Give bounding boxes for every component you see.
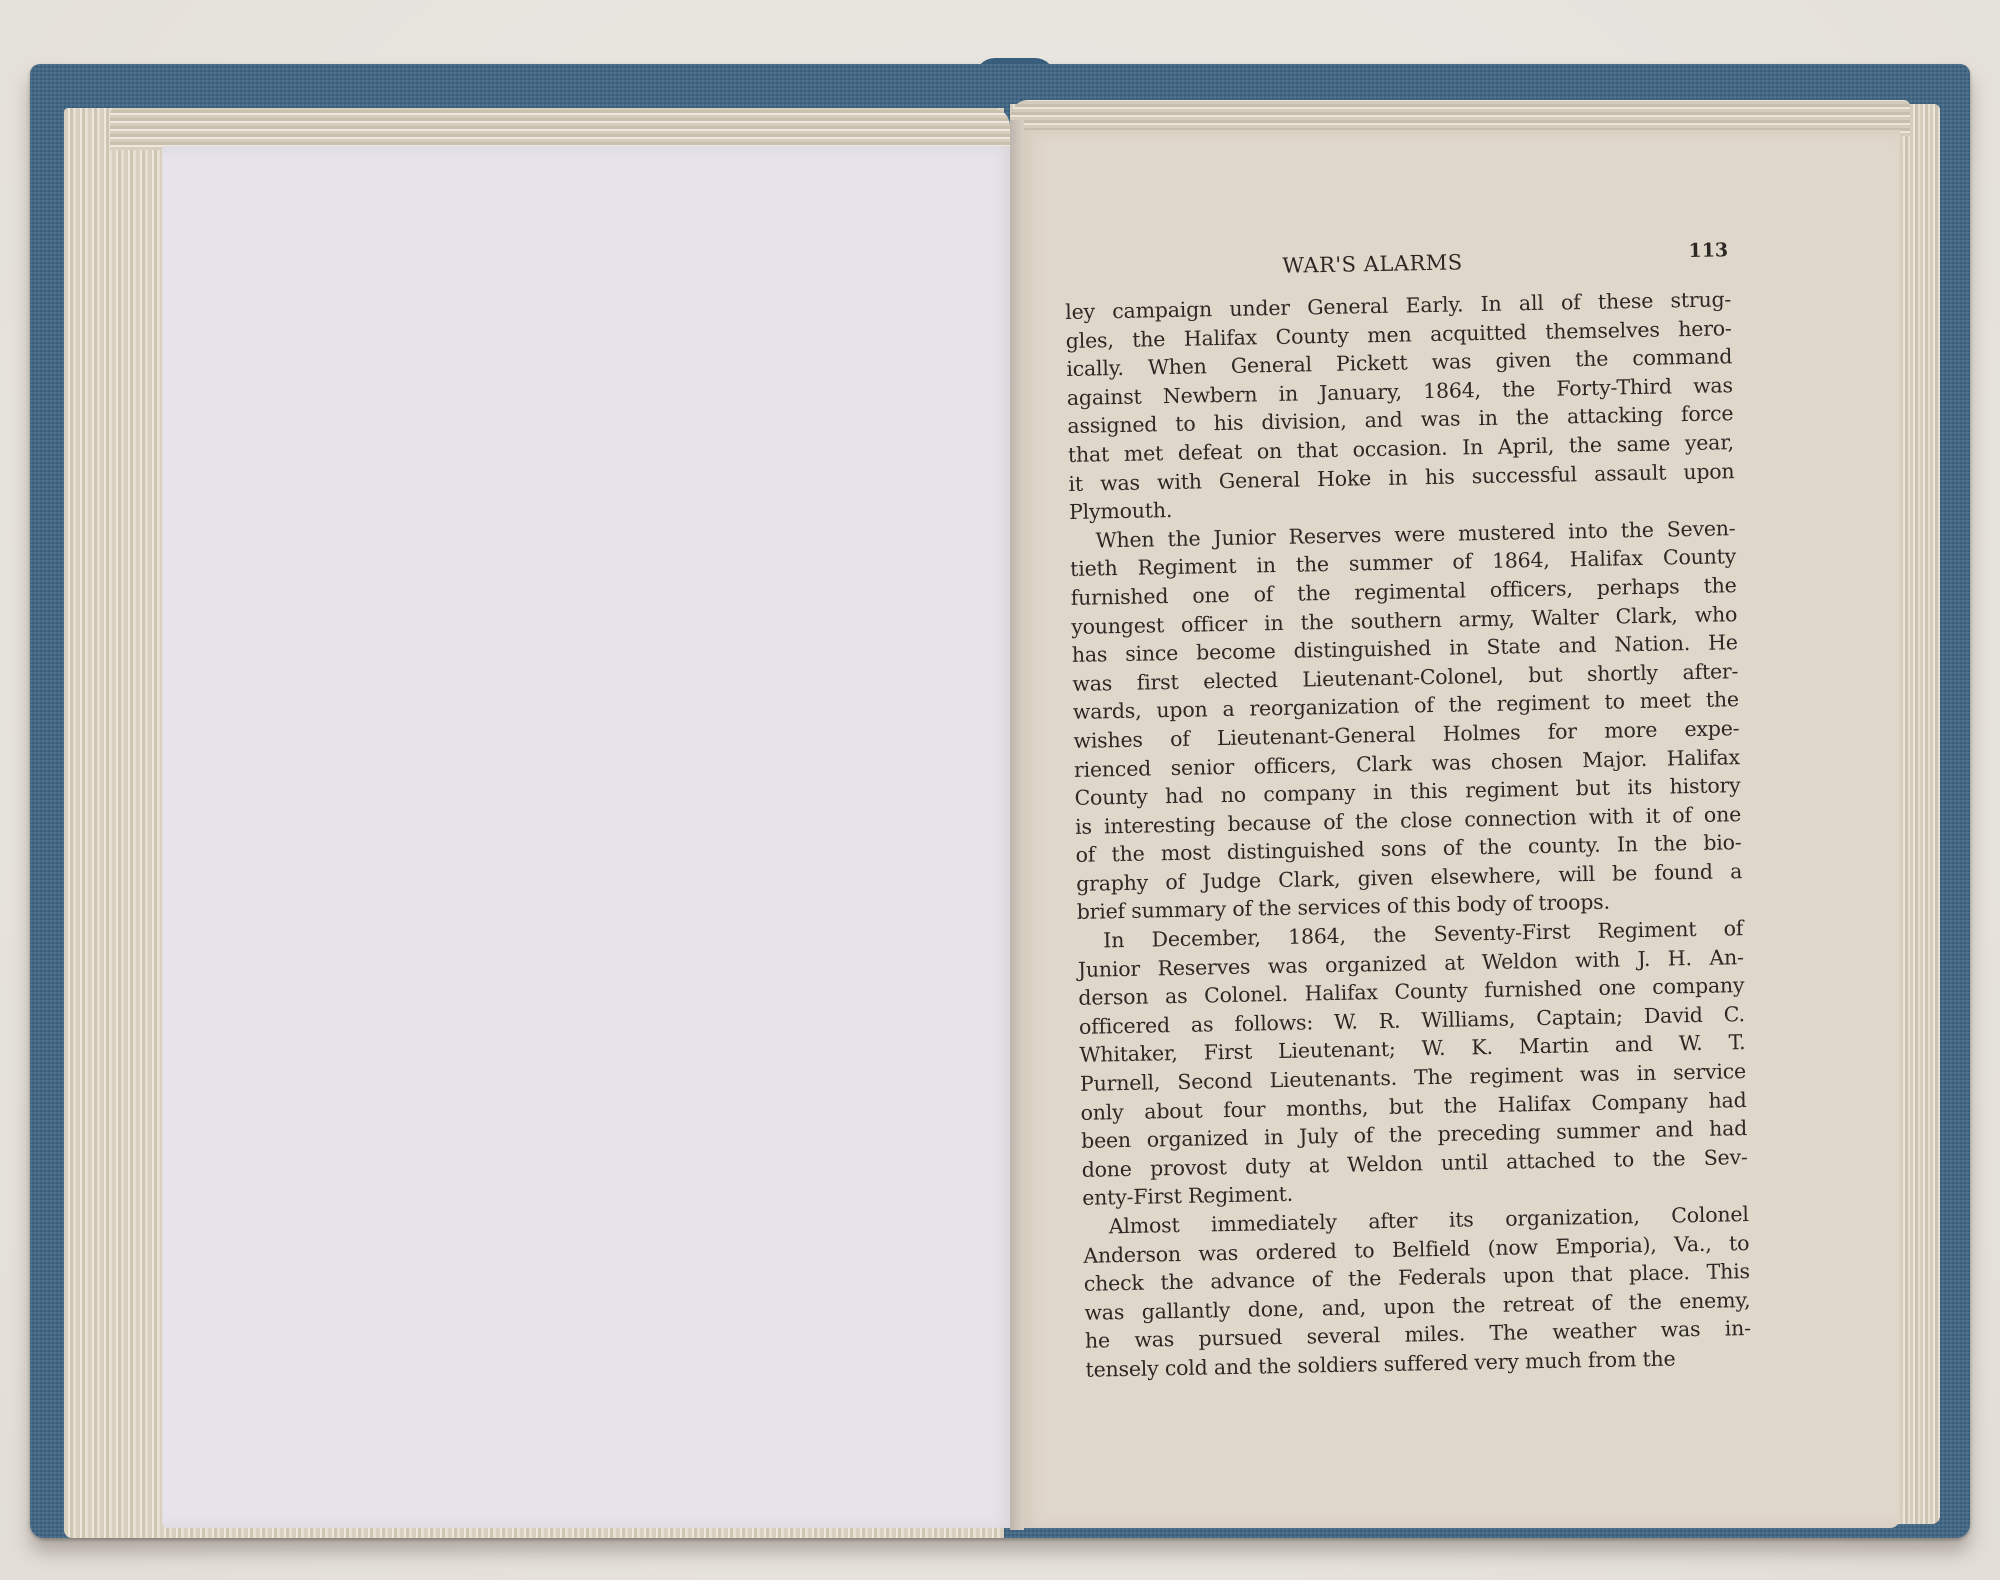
paragraph: When the Junior Reserves were mustered i…	[1069, 514, 1743, 927]
paragraph: In December, 1864, the Seventy-First Reg…	[1077, 914, 1748, 1213]
paragraph: ley campaign under General Early. In all…	[1065, 285, 1735, 526]
paragraph: Almost immediately after its organizatio…	[1083, 1200, 1752, 1384]
running-title: WAR'S ALARMS	[1282, 250, 1463, 277]
right-page-text: WAR'S ALARMS 113 ley campaign under Gene…	[1064, 235, 1752, 1384]
book-gutter	[1010, 120, 1024, 1530]
left-top-page-edges	[110, 108, 1010, 150]
page-number: 113	[1688, 239, 1728, 262]
left-page-blank	[162, 146, 1014, 1528]
page-body: ley campaign under General Early. In all…	[1065, 285, 1752, 1384]
